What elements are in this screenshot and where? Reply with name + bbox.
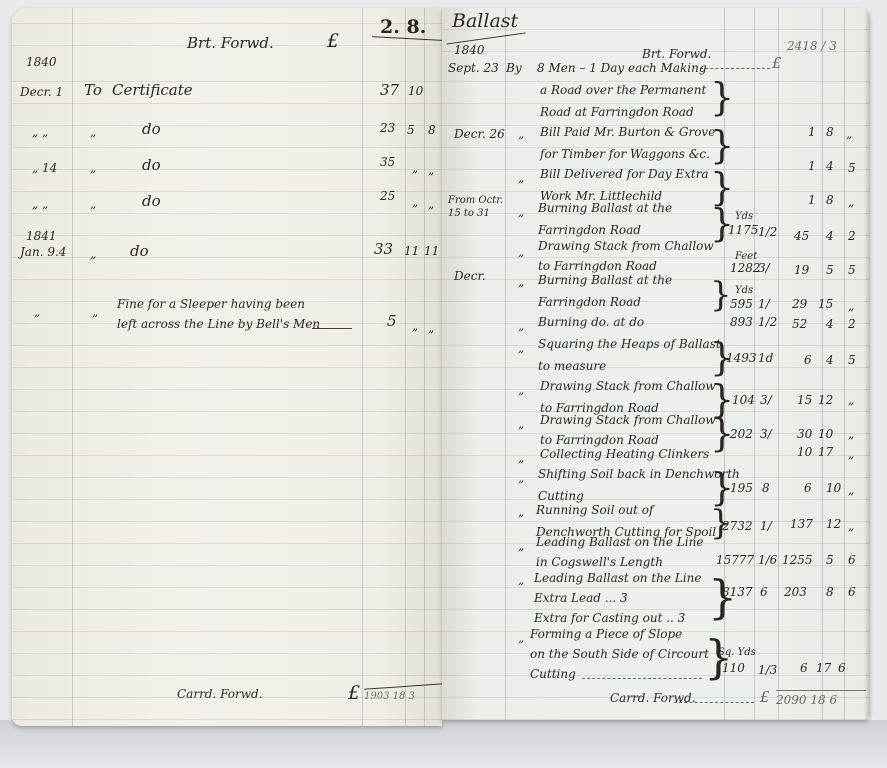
date-column-rule	[72, 8, 73, 726]
entry-shillings: 8	[826, 126, 834, 138]
entry-pence: „	[848, 484, 854, 496]
entry-shillings: 4	[826, 230, 834, 242]
entry-pence: „	[428, 164, 434, 176]
entry-pence: „	[428, 322, 434, 334]
entry-pounds: 1	[808, 160, 816, 172]
entry-pence: „	[428, 198, 434, 210]
entry-shillings: 4	[826, 318, 834, 330]
entry-shillings: 15	[818, 298, 833, 310]
entry-line: Squaring the Heaps of Ballast	[538, 338, 721, 350]
entry-line: Burning Ballast at the	[538, 202, 672, 214]
entry-rate: 3/	[758, 262, 770, 274]
entry-pence: „	[848, 394, 854, 406]
entry-ref: „	[518, 452, 524, 464]
folio-number: 2. 8.	[380, 18, 426, 37]
entry-description-line: Fine for a Sleeper having been	[117, 298, 305, 310]
entry-line: in Cogswell's Length	[536, 556, 663, 568]
entry-pence: 2	[848, 318, 856, 330]
ledger-right-page: Ballast 1840 Brt. Forwd. £ 2418 / 3 Sept…	[442, 8, 870, 720]
entry-pounds: 25	[380, 190, 395, 202]
qty-unit: Yds	[735, 286, 753, 296]
entry-ref: „	[518, 574, 524, 586]
entry-pence: 8	[428, 124, 436, 136]
entry-line: Cutting	[530, 668, 576, 680]
entry-date: Jan. 9.4	[20, 246, 66, 258]
entry-shillings: 11	[404, 245, 419, 257]
entry-rate: 1/	[758, 298, 770, 310]
entry-date: „ „	[32, 126, 48, 138]
entry-line: Cutting	[538, 490, 584, 502]
entry-line: Drawing Stack from Challow	[540, 380, 716, 392]
entry-pence: 2	[848, 230, 856, 242]
entry-description-line: left across the Line by Bell's Men	[117, 318, 320, 330]
description-dash	[312, 328, 352, 329]
footer-rule	[776, 690, 866, 691]
entry-description: Certificate	[112, 83, 193, 98]
entry-line: Farringdon Road	[538, 296, 641, 308]
entry-shillings: 12	[826, 518, 841, 530]
entry-line: for Timber for Waggons &c.	[540, 148, 710, 160]
entry-date: Decr.	[454, 270, 486, 282]
entry-pence: „	[846, 128, 852, 140]
entry-line: Extra for Casting out .. 3	[534, 612, 685, 624]
ledger-left-page: Brt. Forwd. £ 2. 8. 1840 Decr. 1 To Cert…	[12, 8, 442, 726]
entry-ref: „	[518, 418, 524, 430]
entry-ref: „	[518, 172, 524, 184]
brace: }	[710, 78, 734, 116]
entry-ref: „	[518, 384, 524, 396]
entry-pounds: 33	[374, 242, 393, 257]
year-1840: 1840	[454, 44, 485, 56]
ruled-lines	[12, 8, 442, 726]
pounds-column-rule	[778, 8, 779, 720]
entry-quantity: 893	[730, 316, 753, 328]
entry-line: Burning Ballast at the	[538, 274, 672, 286]
entry-quantity: 104	[732, 394, 755, 406]
entry-quantity: 1493	[726, 352, 757, 364]
qty-unit: Yds	[735, 212, 753, 222]
entry-ref: „	[90, 198, 96, 210]
entry-pence: 5	[848, 354, 856, 366]
entry-date: From Octr. 15 to 31	[448, 194, 504, 220]
entry-pence: 6	[848, 586, 856, 598]
entry-date: Decr. 26	[454, 128, 505, 140]
carried-forward-total: 1903 18 3	[364, 692, 415, 702]
entry-pence: 5	[848, 264, 856, 276]
entry-shillings: 5	[826, 554, 834, 566]
year-1840: 1840	[26, 56, 57, 68]
carried-forward-label: Carrd. Forwd.	[177, 688, 263, 700]
entry-pounds: 203	[784, 586, 807, 598]
entry-pence: „	[848, 428, 854, 440]
entry-shillings: 10	[818, 428, 833, 440]
entry-shillings: „	[412, 162, 418, 174]
entry-ref: „	[518, 276, 524, 288]
entry-ref: „	[518, 320, 524, 332]
entry-pounds: 30	[797, 428, 812, 440]
brace: }	[710, 278, 732, 312]
entry-line: to measure	[538, 360, 606, 372]
entry-shillings: 8	[826, 194, 834, 206]
entry-ref: „	[90, 248, 96, 260]
entry-shillings: 8	[826, 586, 834, 598]
entry-description: do	[142, 158, 161, 173]
entry-date: „ „	[32, 198, 48, 210]
entry-ref: „	[518, 506, 524, 518]
leader-dashes	[582, 678, 702, 679]
entry-pounds: 137	[790, 518, 813, 530]
entry-shillings: 10	[408, 85, 423, 97]
entry-shillings: „	[412, 196, 418, 208]
entry-quantity: 15777	[716, 554, 754, 566]
entry-shillings: „	[412, 320, 418, 332]
brought-forward-label: Brt. Forwd.	[642, 48, 711, 60]
date-column-rule	[505, 8, 506, 720]
entry-date: Sept. 23	[448, 62, 499, 74]
entry-shillings: 10	[826, 482, 841, 494]
entry-pounds: 6	[804, 354, 812, 366]
entry-ref: „	[518, 540, 524, 552]
entry-rate: 1/2	[758, 316, 777, 328]
entry-line: Drawing Stack from Challow	[538, 240, 714, 252]
shillings-column-rule	[822, 8, 823, 720]
entry-quantity: 1175	[728, 224, 759, 236]
entry-rate: 1/6	[758, 554, 777, 566]
entry-line: to Farringdon Road	[540, 434, 659, 446]
entry-ref: „	[518, 206, 524, 218]
entry-date: „ 14	[32, 162, 57, 174]
entry-rate: 3/	[760, 394, 772, 406]
entry-shillings: 4	[826, 160, 834, 172]
entry-pounds: 6	[804, 482, 812, 494]
entry-pounds: 19	[794, 264, 809, 276]
entry-pence: „	[848, 448, 854, 460]
entry-ref: „	[90, 126, 96, 138]
entry-shillings: 12	[818, 394, 833, 406]
entry-pounds: 5	[387, 314, 397, 329]
entry-quantity: 2732	[722, 520, 753, 532]
entry-description: do	[130, 244, 149, 259]
entry-ref: To	[84, 83, 102, 98]
pence-column-rule	[424, 8, 425, 726]
entry-description: do	[142, 122, 161, 137]
entry-line: Running Soil out of	[536, 504, 653, 516]
entry-pounds: 35	[380, 156, 395, 168]
entry-pence: „	[848, 300, 854, 312]
pounds-column-rule	[362, 8, 363, 726]
entry-pence: „	[848, 520, 854, 532]
entry-quantity: 195	[730, 482, 753, 494]
entry-pence: 5	[848, 162, 856, 174]
entry-line: Bill Delivered for Day Extra	[540, 168, 709, 180]
entry-ref: „	[518, 472, 524, 484]
entry-pounds: 10	[797, 446, 812, 458]
entry-pounds: 1255	[782, 554, 813, 566]
last-entry-shillings: 17	[816, 662, 831, 674]
last-entry-pounds: 6	[800, 662, 808, 674]
footer-currency: £	[348, 684, 360, 703]
entry-pence: „	[848, 196, 854, 208]
entry-line: 8 Men – 1 Day each Making	[537, 62, 707, 74]
entry-rate: 6	[760, 586, 768, 598]
currency-symbol: £	[327, 32, 339, 51]
leader-dashes	[700, 68, 770, 69]
entry-date: Decr. 1	[20, 86, 63, 98]
entry-pence: 6	[848, 554, 856, 566]
entry-pounds: 23	[380, 122, 395, 134]
entry-ref: „	[518, 128, 524, 140]
entry-rate: 1/2	[758, 226, 777, 238]
entry-shillings: 5	[826, 264, 834, 276]
entry-ref: By	[506, 62, 522, 74]
entry-pounds: 37	[380, 83, 399, 98]
entry-shillings: 17	[818, 446, 833, 458]
entry-line: on the South Side of Circourt	[530, 648, 709, 660]
entry-pounds: 45	[794, 230, 809, 242]
entry-pounds: 15	[797, 394, 812, 406]
entry-ref: „	[90, 162, 96, 174]
account-title: Ballast	[452, 12, 518, 31]
entry-quantity: 202	[730, 428, 753, 440]
entry-line: Extra Lead ... 3	[534, 592, 628, 604]
entry-pence: 11	[424, 245, 439, 257]
qty-unit: Sq. Yds	[718, 648, 756, 658]
entry-shillings: 4	[826, 354, 834, 366]
entry-line: to Farringdon Road	[538, 260, 657, 272]
entry-pounds: 29	[792, 298, 807, 310]
entry-description: do	[142, 194, 161, 209]
header-currency: £	[772, 56, 782, 71]
entry-quantity: 1282	[730, 262, 761, 274]
entry-line: Forming a Piece of Slope	[530, 628, 682, 640]
desk-background	[0, 720, 887, 768]
brought-forward-total: 2418 / 3	[787, 40, 837, 52]
entry-pounds: 1	[808, 194, 816, 206]
brought-forward-label: Brt. Forwd.	[187, 36, 274, 51]
entry-line: a Road over the Permanent	[540, 84, 706, 96]
entry-line: Leading Ballast on the Line	[536, 536, 703, 548]
entry-rate: 3/	[760, 428, 772, 440]
carried-forward-total: 2090 18 6	[776, 694, 837, 706]
pence-column-rule	[844, 8, 845, 720]
entry-ref: „	[92, 306, 98, 318]
entry-line: Burning do. at do	[538, 316, 644, 328]
entry-ref: „	[518, 632, 524, 644]
entry-line: Leading Ballast on the Line	[534, 572, 701, 584]
entry-rate: 8	[762, 482, 770, 494]
entry-date: „	[34, 306, 40, 318]
footer-currency: £	[760, 690, 770, 705]
last-entry-pence: 6	[838, 662, 846, 674]
entry-ref: „	[518, 342, 524, 354]
entry-shillings: 5	[407, 124, 415, 136]
entry-pounds: 52	[792, 318, 807, 330]
entry-line: Drawing Stack from Challow	[540, 414, 716, 426]
entry-line: Collecting Heating Clinkers	[540, 448, 709, 460]
entry-ref: „	[518, 246, 524, 258]
entry-quantity: 595	[730, 298, 753, 310]
entry-pounds: 1	[808, 126, 816, 138]
leader-dashes	[674, 702, 754, 703]
entry-quantity: 8137	[722, 586, 753, 598]
entry-rate: 1/	[760, 520, 772, 532]
entry-rate: 1/3	[758, 664, 777, 676]
entry-rate: 1d	[758, 352, 773, 364]
year-1841: 1841	[26, 230, 57, 242]
entry-line: Bill Paid Mr. Burton & Grove	[540, 126, 715, 138]
entry-line: Farringdon Road	[538, 224, 641, 236]
brace: }	[710, 126, 734, 164]
entry-quantity: 110	[722, 662, 745, 674]
shillings-column-rule	[405, 8, 406, 726]
entry-line: Road at Farringdon Road	[540, 106, 694, 118]
